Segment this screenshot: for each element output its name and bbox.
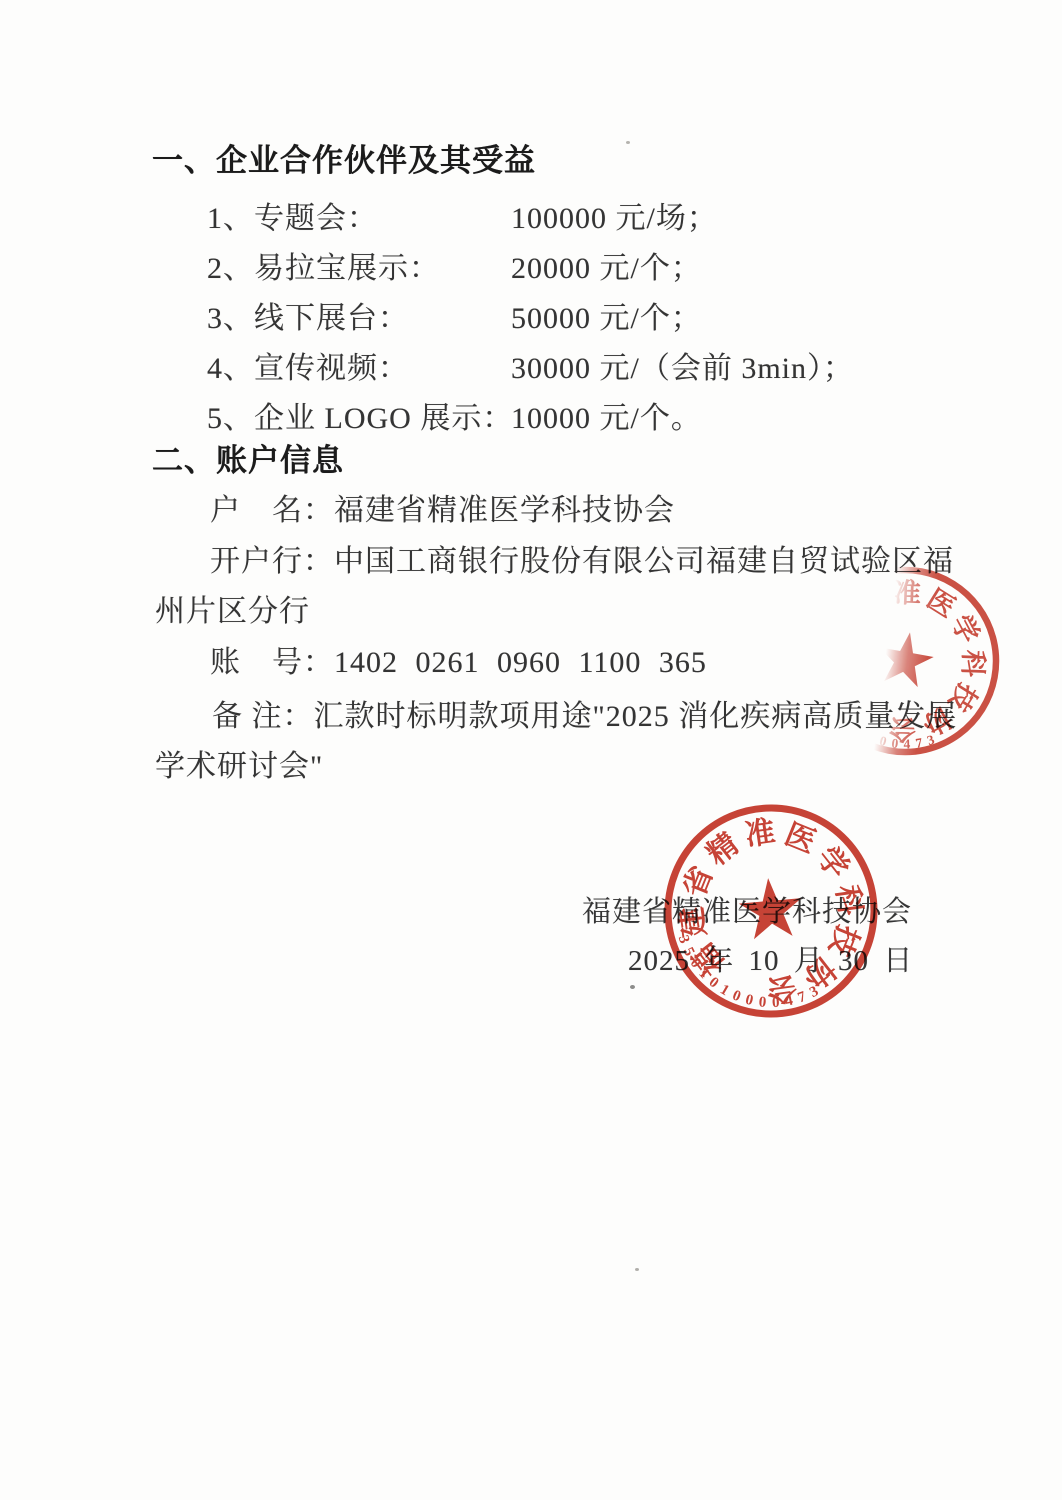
section2-heading: 二、账户信息 [152,443,344,479]
account-bank-line-2: 州片区分行 [155,594,310,630]
official-seal-partial: 福建省精准医学科技协会3501010000473 [805,561,1005,761]
svg-text:会: 会 [765,970,799,1007]
svg-text:3: 3 [675,933,693,945]
svg-text:0: 0 [866,729,878,746]
official-seal: 福建省精准医学科技协会3501010000473 [651,791,891,1031]
svg-text:0: 0 [772,995,780,1011]
svg-text:精: 精 [854,581,892,620]
fee-item-2-label: 2、易拉宝展示： [207,251,440,287]
fee-item-1-price: 100000 元/场； [511,201,718,237]
scan-speck [626,141,630,144]
fee-item-2-price: 20000 元/个； [511,251,702,287]
svg-text:3: 3 [815,668,831,677]
svg-text:科: 科 [830,883,868,917]
fee-item-3-label: 3、线下展台： [207,301,409,337]
svg-text:1: 1 [717,982,732,1000]
svg-text:0: 0 [878,733,889,749]
scan-speck [630,985,635,989]
svg-text:省: 省 [827,606,867,645]
account-name-line: 户 名：福建省精准医学科技协会 [210,493,675,529]
account-number-line: 账 号：1402 0261 0960 1100 365 [210,645,707,681]
seal-star-icon [879,632,933,687]
svg-text:7: 7 [914,735,923,751]
svg-text:医: 医 [922,583,961,623]
svg-text:0: 0 [730,987,743,1005]
fee-item-4-price: 30000 元/（会前 3min）； [511,351,854,387]
svg-text:7: 7 [796,989,809,1007]
svg-text:0: 0 [854,723,868,739]
fee-item-5-label: 5、企业 LOGO 展示： [207,401,513,437]
svg-text:学: 学 [945,610,984,648]
svg-text:准: 准 [743,814,777,852]
svg-text:准: 准 [893,577,921,609]
seal-star-icon [739,878,802,939]
fee-item-1-label: 1、专题会： [207,201,378,237]
svg-text:4: 4 [903,736,910,751]
fee-item-4-label: 4、宣传视频： [207,351,409,387]
section1-heading: 一、企业合作伙伴及其受益 [152,143,536,179]
scan-speck [635,1268,639,1271]
fee-item-5-price: 10000 元/个。 [511,401,702,437]
svg-text:科: 科 [957,649,988,677]
svg-text:医: 医 [780,818,820,860]
fee-item-3-price: 50000 元/个； [511,301,702,337]
svg-text:省: 省 [678,862,720,902]
svg-text:技: 技 [943,678,983,717]
svg-text:技: 技 [822,920,864,960]
account-remark-line-2: 学术研讨会" [155,749,323,785]
svg-text:0: 0 [744,992,755,1009]
svg-text:0: 0 [758,994,767,1011]
svg-text:建: 建 [675,905,712,939]
scanned-document-page: 一、企业合作伙伴及其受益 1、专题会： 100000 元/场； 2、易拉宝展示：… [0,0,1062,1500]
svg-text:协: 协 [917,701,956,741]
